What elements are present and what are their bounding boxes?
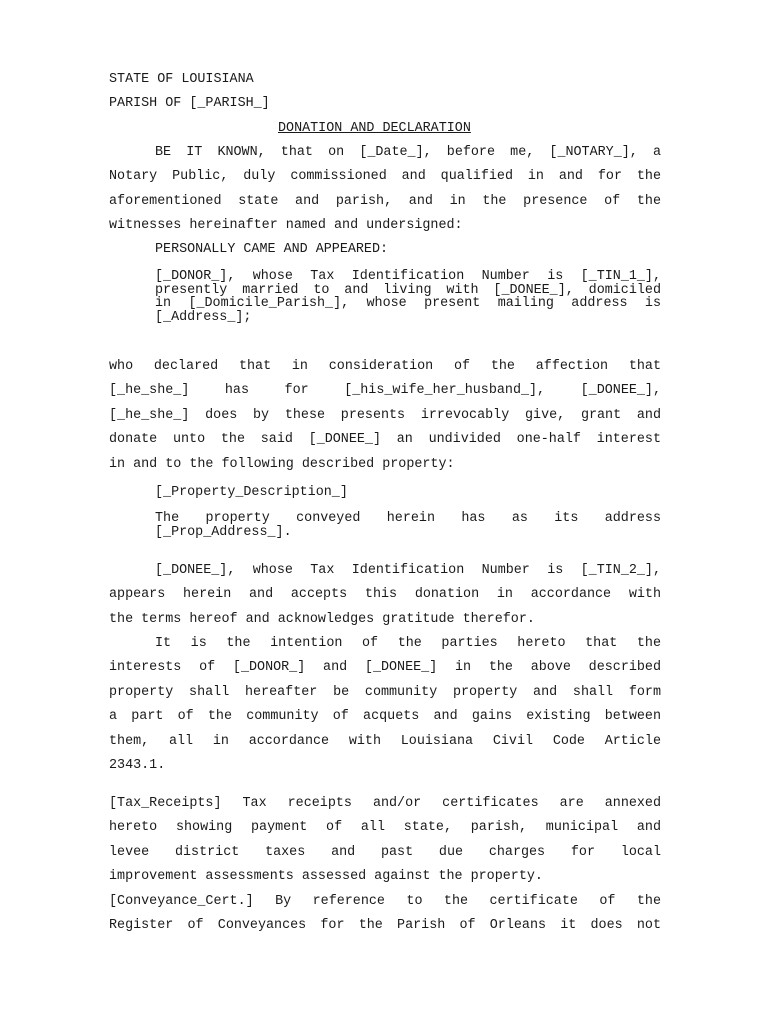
intention-paragraph: It is the intention of the parties heret…	[109, 632, 661, 778]
document-title: DONATION AND DECLARATION	[278, 121, 471, 137]
donee-accepts-paragraph: [_DONEE_], whose Tax Identification Numb…	[109, 559, 661, 632]
property-address-block: The property conveyed herein has as its …	[155, 512, 661, 539]
intro-paragraph: BE IT KNOWN, that on [_Date_], before me…	[109, 141, 661, 239]
tax-receipts-paragraph: [Tax_Receipts] Tax receipts and/or certi…	[109, 792, 661, 890]
donor-block: [_DONOR_], whose Tax Identification Numb…	[155, 270, 661, 324]
state-heading: STATE OF LOUISIANA	[109, 72, 254, 88]
parish-heading: PARISH OF [_PARISH_]	[109, 96, 270, 112]
property-description: [_Property_Description_]	[155, 485, 348, 501]
conveyance-paragraph: [Conveyance_Cert.] By reference to the c…	[109, 890, 661, 939]
appeared-heading: PERSONALLY CAME AND APPEARED:	[155, 242, 388, 258]
declaration-paragraph: who declared that in consideration of th…	[109, 355, 661, 477]
